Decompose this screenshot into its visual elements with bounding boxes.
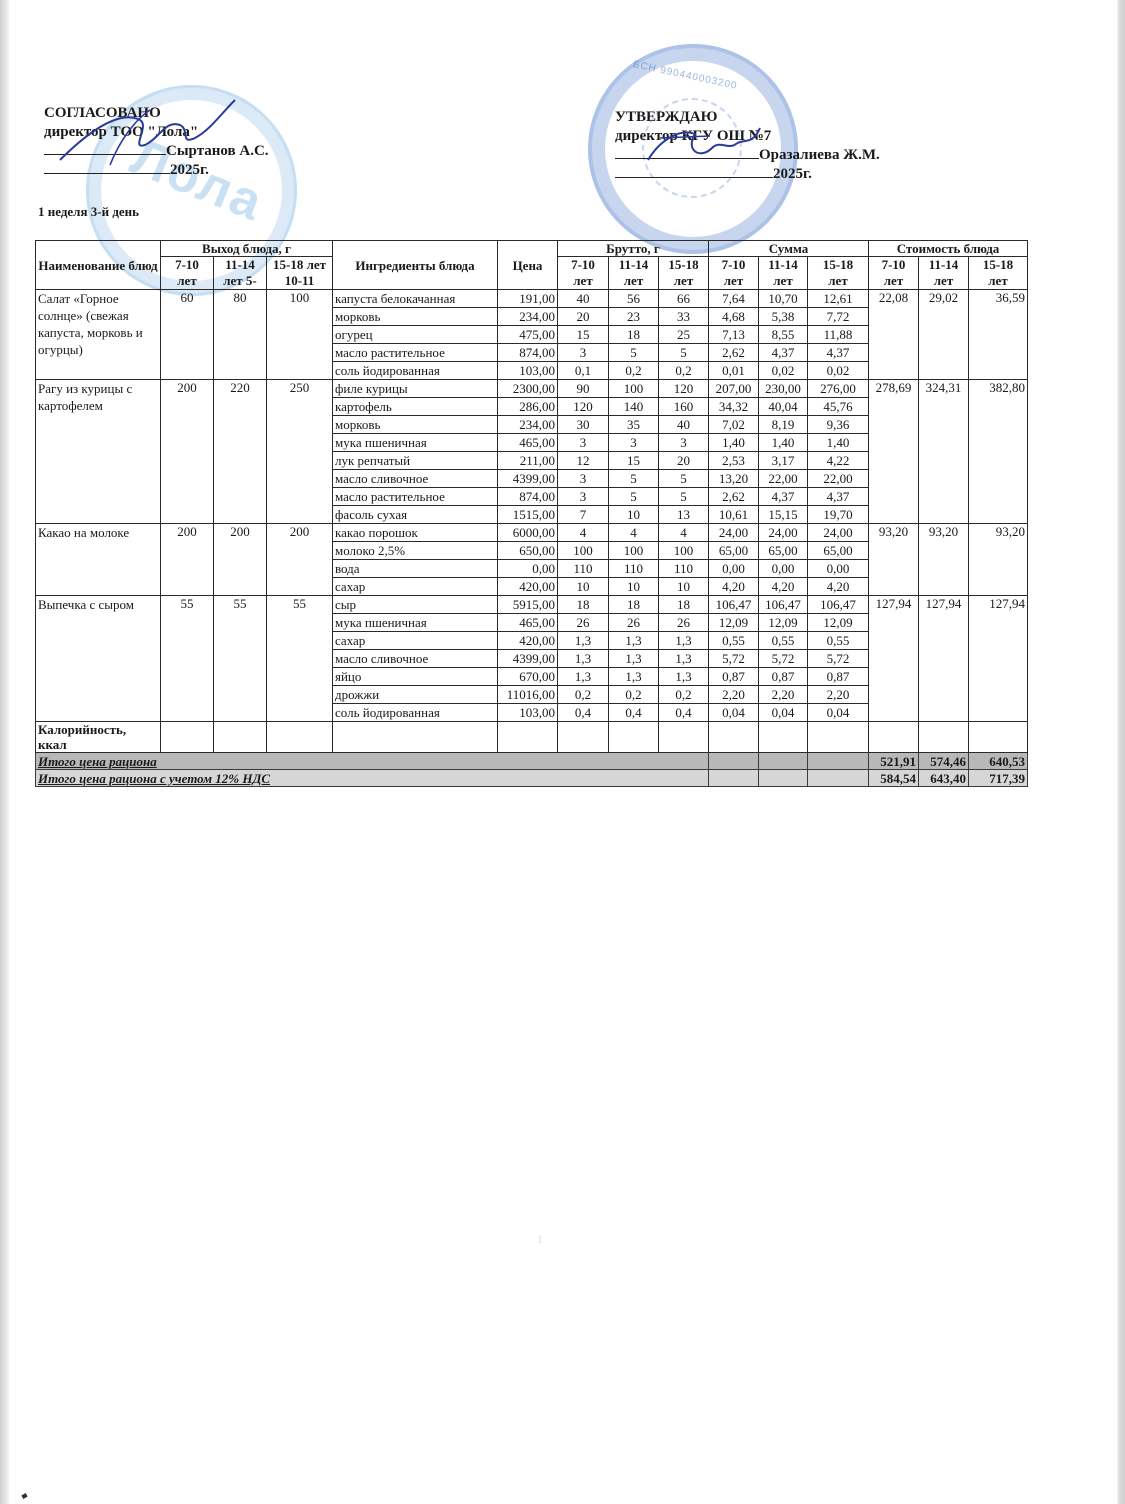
ingredient-price: 465,00 — [498, 434, 558, 452]
ingredient-brutto: 1,3 — [659, 650, 709, 668]
ingredient-sum: 13,20 — [709, 470, 759, 488]
header-brutto: Брутто, г — [558, 241, 709, 257]
ingredient-brutto: 160 — [659, 398, 709, 416]
header-yield: Выход блюда, г — [161, 241, 333, 257]
ingredient-name: какао порошок — [333, 524, 498, 542]
ingredient-sum: 106,47 — [759, 596, 808, 614]
agreed-title: СОГЛАСОВАНО — [44, 104, 269, 123]
header-line: лет — [884, 273, 903, 288]
ingredient-sum: 4,22 — [808, 452, 869, 470]
ingredient-name: мука пшеничная — [333, 614, 498, 632]
total-row: Итого цена рациона521,91574,46640,53 — [36, 753, 1028, 770]
ingredient-brutto: 20 — [659, 452, 709, 470]
ingredient-sum: 2,20 — [808, 686, 869, 704]
ingredient-brutto: 4 — [609, 524, 659, 542]
ingredient-sum: 207,00 — [709, 380, 759, 398]
total-value: 640,53 — [969, 753, 1028, 770]
ingredient-price: 475,00 — [498, 326, 558, 344]
ingredient-brutto: 1,3 — [558, 650, 609, 668]
confirm-name: Оразалиева Ж.М. — [759, 147, 880, 163]
table-row: Рагу из курицы с картофелем200220250филе… — [36, 380, 1028, 398]
ingredient-sum: 106,47 — [808, 596, 869, 614]
ingredient-name: сахар — [333, 578, 498, 596]
calories-cell — [709, 722, 759, 753]
ingredient-brutto: 40 — [659, 416, 709, 434]
header-line: лет — [988, 273, 1007, 288]
ingredient-name: масло растительное — [333, 344, 498, 362]
ingredient-sum: 22,00 — [759, 470, 808, 488]
ingredient-brutto: 5 — [659, 344, 709, 362]
ingredient-sum: 24,00 — [808, 524, 869, 542]
table-row: Выпечка с сыром555555сыр5915,00181818106… — [36, 596, 1028, 614]
dish-cost: 127,94 — [869, 596, 919, 722]
ingredient-sum: 12,61 — [808, 290, 869, 308]
ingredient-brutto: 10 — [609, 578, 659, 596]
dish-yield: 220 — [214, 380, 267, 524]
total-empty — [808, 753, 869, 770]
total-empty — [709, 770, 759, 787]
ingredient-name: картофель — [333, 398, 498, 416]
dish-name: Рагу из курицы с картофелем — [36, 380, 161, 524]
ingredient-name: филе курицы — [333, 380, 498, 398]
ingredient-sum: 5,72 — [759, 650, 808, 668]
ingredient-sum: 4,37 — [759, 344, 808, 362]
confirm-position: директор КГУ ОШ №7 — [615, 127, 880, 146]
ingredient-brutto: 1,3 — [609, 650, 659, 668]
dish-yield: 200 — [161, 380, 214, 524]
ingredient-sum: 8,19 — [759, 416, 808, 434]
calories-cell — [609, 722, 659, 753]
ingredient-sum: 1,40 — [808, 434, 869, 452]
ingredient-sum: 2,20 — [759, 686, 808, 704]
ingredient-brutto: 0,2 — [659, 686, 709, 704]
ingredient-name: молоко 2,5% — [333, 542, 498, 560]
ingredient-brutto: 18 — [609, 596, 659, 614]
dish-yield: 200 — [267, 524, 333, 596]
ingredient-sum: 65,00 — [709, 542, 759, 560]
ingredient-brutto: 66 — [659, 290, 709, 308]
ingredient-brutto: 100 — [609, 542, 659, 560]
ingredient-sum: 0,87 — [759, 668, 808, 686]
header-brutto-age: 11-14лет — [609, 257, 659, 290]
ingredient-sum: 1,40 — [759, 434, 808, 452]
ingredient-brutto: 110 — [609, 560, 659, 578]
ingredient-name: морковь — [333, 308, 498, 326]
agreed-position: директор ТОО "Лола" — [44, 123, 269, 142]
calories-cell — [869, 722, 919, 753]
ingredient-sum: 106,47 — [709, 596, 759, 614]
header-brutto-age: 15-18лет — [659, 257, 709, 290]
ingredient-sum: 4,37 — [759, 488, 808, 506]
ingredient-price: 5915,00 — [498, 596, 558, 614]
header-line: лет — [177, 273, 196, 288]
ingredient-brutto: 3 — [659, 434, 709, 452]
header-line: 11-14 — [929, 257, 959, 272]
calories-cell — [161, 722, 214, 753]
calories-cell — [498, 722, 558, 753]
ingredient-sum: 0,02 — [759, 362, 808, 380]
total-value: 521,91 — [869, 753, 919, 770]
ingredient-name: вода — [333, 560, 498, 578]
ingredient-brutto: 120 — [659, 380, 709, 398]
header-cost-age: 11-14лет — [919, 257, 969, 290]
ingredient-brutto: 15 — [609, 452, 659, 470]
ingredient-sum: 10,61 — [709, 506, 759, 524]
ingredient-price: 4399,00 — [498, 650, 558, 668]
calories-cell — [558, 722, 609, 753]
header-line: 15-18 лет — [273, 257, 326, 272]
ingredient-sum: 5,72 — [709, 650, 759, 668]
total-value: 584,54 — [869, 770, 919, 787]
ingredient-price: 420,00 — [498, 632, 558, 650]
ingredient-brutto: 5 — [609, 470, 659, 488]
ingredient-sum: 22,00 — [808, 470, 869, 488]
ingredient-price: 0,00 — [498, 560, 558, 578]
ingredient-brutto: 5 — [609, 488, 659, 506]
dish-cost: 127,94 — [969, 596, 1028, 722]
dish-yield: 55 — [161, 596, 214, 722]
dish-name: Салат «Горное солнце» (свежая капуста, м… — [36, 290, 161, 380]
ingredient-brutto: 1,3 — [609, 668, 659, 686]
ingredient-sum: 0,04 — [709, 704, 759, 722]
ingredient-brutto: 1,3 — [659, 668, 709, 686]
signature-line — [44, 142, 166, 155]
ingredient-brutto: 100 — [659, 542, 709, 560]
header-yield-age: 7-10лет — [161, 257, 214, 290]
ingredient-sum: 40,04 — [759, 398, 808, 416]
calories-cell — [659, 722, 709, 753]
dish-yield: 55 — [267, 596, 333, 722]
ingredient-brutto: 35 — [609, 416, 659, 434]
dish-cost: 278,69 — [869, 380, 919, 524]
ingredient-price: 650,00 — [498, 542, 558, 560]
agreed-year: 2025г. — [170, 162, 209, 178]
ingredient-sum: 11,88 — [808, 326, 869, 344]
ingredient-brutto: 1,3 — [659, 632, 709, 650]
header-line: лет — [828, 273, 847, 288]
ingredient-brutto: 26 — [659, 614, 709, 632]
header-line: лет — [573, 273, 592, 288]
corner-mark — [21, 1493, 27, 1499]
ingredient-brutto: 4 — [558, 524, 609, 542]
ingredient-sum: 2,53 — [709, 452, 759, 470]
dish-cost: 382,80 — [969, 380, 1028, 524]
ingredient-brutto: 1,3 — [558, 632, 609, 650]
date-line — [44, 161, 170, 174]
ingredient-sum: 230,00 — [759, 380, 808, 398]
ingredient-sum: 276,00 — [808, 380, 869, 398]
dish-yield: 60 — [161, 290, 214, 380]
confirm-title: УТВЕРЖДАЮ — [615, 108, 880, 127]
ingredient-sum: 0,00 — [808, 560, 869, 578]
ingredient-brutto: 40 — [558, 290, 609, 308]
ingredient-brutto: 56 — [609, 290, 659, 308]
ingredient-name: капуста белокачанная — [333, 290, 498, 308]
ingredient-brutto: 10 — [659, 578, 709, 596]
header-row: Наименование блюдВыход блюда, гИнгредиен… — [36, 241, 1028, 257]
ingredient-price: 874,00 — [498, 488, 558, 506]
dish-name: Какао на молоке — [36, 524, 161, 596]
page-edge-left — [0, 0, 9, 1504]
ingredient-brutto: 33 — [659, 308, 709, 326]
signature-line — [615, 146, 759, 159]
ingredient-sum: 4,37 — [808, 344, 869, 362]
header-line: 7-10 — [175, 257, 199, 272]
ingredient-sum: 7,72 — [808, 308, 869, 326]
header-line: 7-10 — [571, 257, 595, 272]
ingredient-brutto: 3 — [558, 488, 609, 506]
header-sum: Сумма — [709, 241, 869, 257]
header-sum-age: 15-18лет — [808, 257, 869, 290]
ingredient-sum: 24,00 — [759, 524, 808, 542]
dish-cost: 324,31 — [919, 380, 969, 524]
calories-cell — [333, 722, 498, 753]
dish-cost: 36,59 — [969, 290, 1028, 380]
ingredient-sum: 12,09 — [808, 614, 869, 632]
ingredient-brutto: 18 — [558, 596, 609, 614]
header-line: лет — [724, 273, 743, 288]
total-empty — [759, 753, 808, 770]
ingredient-sum: 34,32 — [709, 398, 759, 416]
ingredient-brutto: 30 — [558, 416, 609, 434]
ingredient-sum: 4,20 — [759, 578, 808, 596]
ingredient-sum: 4,68 — [709, 308, 759, 326]
header-line: 15-18 — [983, 257, 1013, 272]
table-row: Какао на молоке200200200какао порошок600… — [36, 524, 1028, 542]
ingredient-brutto: 100 — [558, 542, 609, 560]
header-cost: Стоимость блюда — [869, 241, 1028, 257]
calories-cell — [759, 722, 808, 753]
ingredient-brutto: 0,2 — [609, 686, 659, 704]
ingredient-brutto: 10 — [558, 578, 609, 596]
ingredient-sum: 0,55 — [759, 632, 808, 650]
header-line: 15-18 — [823, 257, 853, 272]
ingredient-sum: 8,55 — [759, 326, 808, 344]
ingredient-brutto: 0,2 — [659, 362, 709, 380]
ingredient-sum: 2,62 — [709, 344, 759, 362]
header-dish-name: Наименование блюд — [36, 241, 161, 290]
ingredient-brutto: 26 — [558, 614, 609, 632]
ingredient-sum: 5,38 — [759, 308, 808, 326]
ingredient-sum: 2,62 — [709, 488, 759, 506]
ingredient-sum: 0,04 — [759, 704, 808, 722]
ingredient-price: 103,00 — [498, 704, 558, 722]
calories-label: Калорийность, ккал — [36, 722, 161, 753]
ingredient-brutto: 5 — [609, 344, 659, 362]
total-empty — [709, 753, 759, 770]
ingredient-brutto: 3 — [609, 434, 659, 452]
header-cost-age: 7-10лет — [869, 257, 919, 290]
ingredient-brutto: 18 — [609, 326, 659, 344]
ingredient-brutto: 140 — [609, 398, 659, 416]
ingredient-name: фасоль сухая — [333, 506, 498, 524]
calories-cell — [969, 722, 1028, 753]
ingredient-brutto: 1,3 — [609, 632, 659, 650]
ingredient-sum: 4,20 — [808, 578, 869, 596]
ingredient-brutto: 12 — [558, 452, 609, 470]
ingredient-brutto: 26 — [609, 614, 659, 632]
ingredient-name: сахар — [333, 632, 498, 650]
ingredient-brutto: 1,3 — [558, 668, 609, 686]
ingredient-brutto: 18 — [659, 596, 709, 614]
ingredient-sum: 0,87 — [808, 668, 869, 686]
total-value: 717,39 — [969, 770, 1028, 787]
ingredient-brutto: 110 — [558, 560, 609, 578]
agreed-name: Сыртанов А.С. — [166, 143, 269, 159]
total-empty — [759, 770, 808, 787]
ingredient-brutto: 120 — [558, 398, 609, 416]
ingredient-brutto: 4 — [659, 524, 709, 542]
confirm-year: 2025г. — [773, 166, 812, 182]
dish-cost: 127,94 — [919, 596, 969, 722]
ingredient-sum: 12,09 — [759, 614, 808, 632]
ingredient-sum: 4,20 — [709, 578, 759, 596]
ingredient-sum: 4,37 — [808, 488, 869, 506]
ingredient-brutto: 0,1 — [558, 362, 609, 380]
dish-cost: 29,02 — [919, 290, 969, 380]
ingredient-price: 234,00 — [498, 416, 558, 434]
header-brutto-age: 7-10лет — [558, 257, 609, 290]
ingredient-sum: 1,40 — [709, 434, 759, 452]
page-edge-right — [1117, 0, 1125, 1504]
calories-cell — [214, 722, 267, 753]
ingredient-price: 191,00 — [498, 290, 558, 308]
ingredient-sum: 65,00 — [759, 542, 808, 560]
dish-yield: 200 — [214, 524, 267, 596]
ingredient-brutto: 23 — [609, 308, 659, 326]
ingredient-name: соль йодированная — [333, 704, 498, 722]
ingredient-sum: 10,70 — [759, 290, 808, 308]
ingredient-price: 103,00 — [498, 362, 558, 380]
school-stamp-text: БСН 990440003200 — [632, 59, 738, 92]
ingredient-sum: 15,15 — [759, 506, 808, 524]
ingredient-sum: 12,09 — [709, 614, 759, 632]
ingredient-brutto: 3 — [558, 470, 609, 488]
ingredient-name: яйцо — [333, 668, 498, 686]
ingredient-sum: 0,87 — [709, 668, 759, 686]
calories-cell — [919, 722, 969, 753]
ingredient-name: дрожжи — [333, 686, 498, 704]
ingredient-brutto: 3 — [558, 344, 609, 362]
ingredient-sum: 7,13 — [709, 326, 759, 344]
ingredient-price: 211,00 — [498, 452, 558, 470]
ingredient-sum: 0,00 — [709, 560, 759, 578]
header-line: 10-11 — [285, 273, 315, 288]
header-line: лет — [773, 273, 792, 288]
header-line: лет — [624, 273, 643, 288]
ingredient-brutto: 110 — [659, 560, 709, 578]
ingredient-sum: 0,02 — [808, 362, 869, 380]
total-empty — [808, 770, 869, 787]
dish-cost: 22,08 — [869, 290, 919, 380]
total-value: 574,46 — [919, 753, 969, 770]
dish-cost: 93,20 — [969, 524, 1028, 596]
ingredient-brutto: 5 — [659, 488, 709, 506]
header-ingredients: Ингредиенты блюда — [333, 241, 498, 290]
ingredient-name: сыр — [333, 596, 498, 614]
ingredient-brutto: 100 — [609, 380, 659, 398]
ingredient-brutto: 3 — [558, 434, 609, 452]
ingredient-brutto: 10 — [609, 506, 659, 524]
ingredient-price: 465,00 — [498, 614, 558, 632]
ingredient-sum: 5,72 — [808, 650, 869, 668]
ingredient-price: 874,00 — [498, 344, 558, 362]
date-line — [615, 165, 773, 178]
header-line: 7-10 — [882, 257, 906, 272]
page-number: 1 — [537, 1232, 543, 1247]
ingredient-sum: 0,00 — [759, 560, 808, 578]
calories-cell — [808, 722, 869, 753]
ingredient-name: мука пшеничная — [333, 434, 498, 452]
ingredient-brutto: 7 — [558, 506, 609, 524]
calories-row: Калорийность, ккал — [36, 722, 1028, 753]
ingredient-sum: 7,02 — [709, 416, 759, 434]
header-line: 11-14 — [768, 257, 798, 272]
ingredient-sum: 65,00 — [808, 542, 869, 560]
ingredient-brutto: 0,4 — [659, 704, 709, 722]
dish-name: Выпечка с сыром — [36, 596, 161, 722]
dish-cost: 93,20 — [869, 524, 919, 596]
ingredient-sum: 7,64 — [709, 290, 759, 308]
header-sum-age: 11-14лет — [759, 257, 808, 290]
ingredient-name: морковь — [333, 416, 498, 434]
ingredient-brutto: 5 — [659, 470, 709, 488]
header-yield-age: 15-18 лет10-11 — [267, 257, 333, 290]
header-line: 15-18 — [668, 257, 698, 272]
ingredient-sum: 0,55 — [709, 632, 759, 650]
ingredient-brutto: 0,4 — [558, 704, 609, 722]
total-vat-row: Итого цена рациона с учетом 12% НДС584,5… — [36, 770, 1028, 787]
header-price: Цена — [498, 241, 558, 290]
dish-yield: 55 — [214, 596, 267, 722]
ingredient-price: 420,00 — [498, 578, 558, 596]
ingredient-sum: 24,00 — [709, 524, 759, 542]
ingredient-brutto: 20 — [558, 308, 609, 326]
ingredient-price: 234,00 — [498, 308, 558, 326]
header-line: 11-14 — [225, 257, 255, 272]
ingredient-sum: 2,20 — [709, 686, 759, 704]
ingredient-brutto: 25 — [659, 326, 709, 344]
table-row: Салат «Горное солнце» (свежая капуста, м… — [36, 290, 1028, 308]
header-line: лет 5- — [223, 273, 257, 288]
ingredient-name: масло сливочное — [333, 470, 498, 488]
total-label: Итого цена рациона с учетом 12% НДС — [36, 770, 709, 787]
ingredient-price: 286,00 — [498, 398, 558, 416]
ingredient-name: соль йодированная — [333, 362, 498, 380]
ingredient-sum: 0,55 — [808, 632, 869, 650]
approval-block-confirmed: УТВЕРЖДАЮ директор КГУ ОШ №7 Оразалиева … — [615, 108, 880, 184]
ingredient-name: масло растительное — [333, 488, 498, 506]
ingredient-sum: 45,76 — [808, 398, 869, 416]
header-line: 11-14 — [619, 257, 649, 272]
total-label: Итого цена рациона — [36, 753, 709, 770]
header-sum-age: 7-10лет — [709, 257, 759, 290]
ingredient-price: 2300,00 — [498, 380, 558, 398]
header-yield-age: 11-14лет 5- — [214, 257, 267, 290]
approval-block-agreed: СОГЛАСОВАНО директор ТОО "Лола" Сыртанов… — [44, 104, 269, 180]
ingredient-brutto: 90 — [558, 380, 609, 398]
ingredient-sum: 3,17 — [759, 452, 808, 470]
ingredient-name: масло сливочное — [333, 650, 498, 668]
menu-cost-table: Наименование блюдВыход блюда, гИнгредиен… — [35, 240, 1028, 787]
ingredient-sum: 19,70 — [808, 506, 869, 524]
ingredient-price: 670,00 — [498, 668, 558, 686]
ingredient-brutto: 0,2 — [558, 686, 609, 704]
dish-yield: 250 — [267, 380, 333, 524]
ingredient-brutto: 0,2 — [609, 362, 659, 380]
header-cost-age: 15-18лет — [969, 257, 1028, 290]
total-value: 643,40 — [919, 770, 969, 787]
